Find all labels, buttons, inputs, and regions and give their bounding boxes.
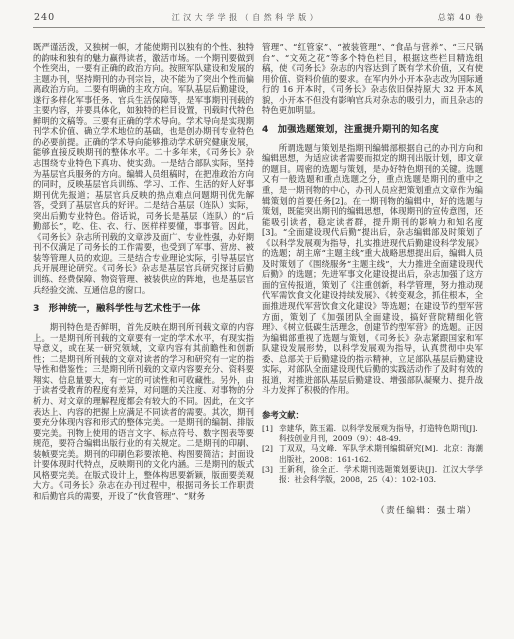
section-3-heading: 3形神统一，融科学性与艺术性于一体 <box>33 303 254 315</box>
page-number: 240 <box>34 12 55 23</box>
section-4-number: 4 <box>262 124 269 135</box>
section-4-title: 加强选题策划，注重提升期刊的知名度 <box>278 124 439 135</box>
reference-label: [3] <box>262 465 279 485</box>
page-header: 240 江汉大学学报（自然科学版） 总第 40 卷 <box>34 12 484 26</box>
reference-text: 丁双双，马文峰．军队学术期刊编辑研究[M]．北京：海潮出版社，2008：161-… <box>279 444 483 464</box>
responsible-editor-note: （责任编辑：强士瑞） <box>262 506 483 517</box>
reference-item: [3] 王新利，徐全正．学术期刊选题策划要诀[J]．江汉大学学报：社会科学版，2… <box>262 465 483 485</box>
right-column: 管理”、“红管家”、“被装管理”、“食品与营养”、“三尺锅台”、“文苑之花”等多… <box>262 42 483 517</box>
references-section: 参考文献： [1] 幸建华，陈玉霜．以科学发展观为指导，打造特色期刊[J]．科技… <box>262 409 483 485</box>
section-3-title: 形神统一，融科学性与艺术性于一体 <box>49 303 201 314</box>
journal-title: 江汉大学学报（自然科学版） <box>172 12 322 23</box>
header-rule <box>33 27 485 28</box>
left-column: 既严谨活泼，又独树一帜，才能使期刊以独有的个性、独特的韵味和独有的魅力赢得读者，… <box>33 42 254 501</box>
reference-item: [1] 幸建华，陈玉霜．以科学发展观为指导，打造特色期刊[J]．科技创业月刊，2… <box>262 424 483 444</box>
reference-text: 幸建华，陈玉霜．以科学发展观为指导，打造特色期刊[J]．科技创业月刊，2009（… <box>279 424 483 444</box>
section-3-number: 3 <box>33 303 40 314</box>
reference-label: [2] <box>262 444 279 464</box>
right-paragraph-section4: 所谓选题与策划是指期刊编辑部根据自己的办刊方向和编辑思想，为适应读者需要而拟定的… <box>262 143 483 396</box>
right-paragraph-continuation: 管理”、“红管家”、“被装管理”、“食品与营养”、“三尺锅台”、“文苑之花”等多… <box>262 42 483 116</box>
reference-text: 王新利，徐全正．学术期刊选题策划要诀[J]．江汉大学学报：社会科学版，2008，… <box>279 465 483 485</box>
left-paragraph-section3: 期刊特色是否鲜明，首先反映在期刊所刊载文章的内容上。一是期刊所刊载的文章要有一定… <box>33 322 254 501</box>
references-title: 参考文献： <box>262 409 483 421</box>
left-paragraph-continuation: 既严谨活泼，又独树一帜，才能使期刊以独有的个性、独特的韵味和独有的魅力赢得读者，… <box>33 42 254 295</box>
reference-item: [2] 丁双双，马文峰．军队学术期刊编辑研究[M]．北京：海潮出版社，2008：… <box>262 444 483 464</box>
journal-page: 240 江汉大学学报（自然科学版） 总第 40 卷 既严谨活泼，又独树一帜，才能… <box>0 0 514 639</box>
volume-label: 总第 40 卷 <box>438 12 484 23</box>
section-4-heading: 4加强选题策划，注重提升期刊的知名度 <box>262 124 483 136</box>
reference-label: [1] <box>262 424 279 444</box>
